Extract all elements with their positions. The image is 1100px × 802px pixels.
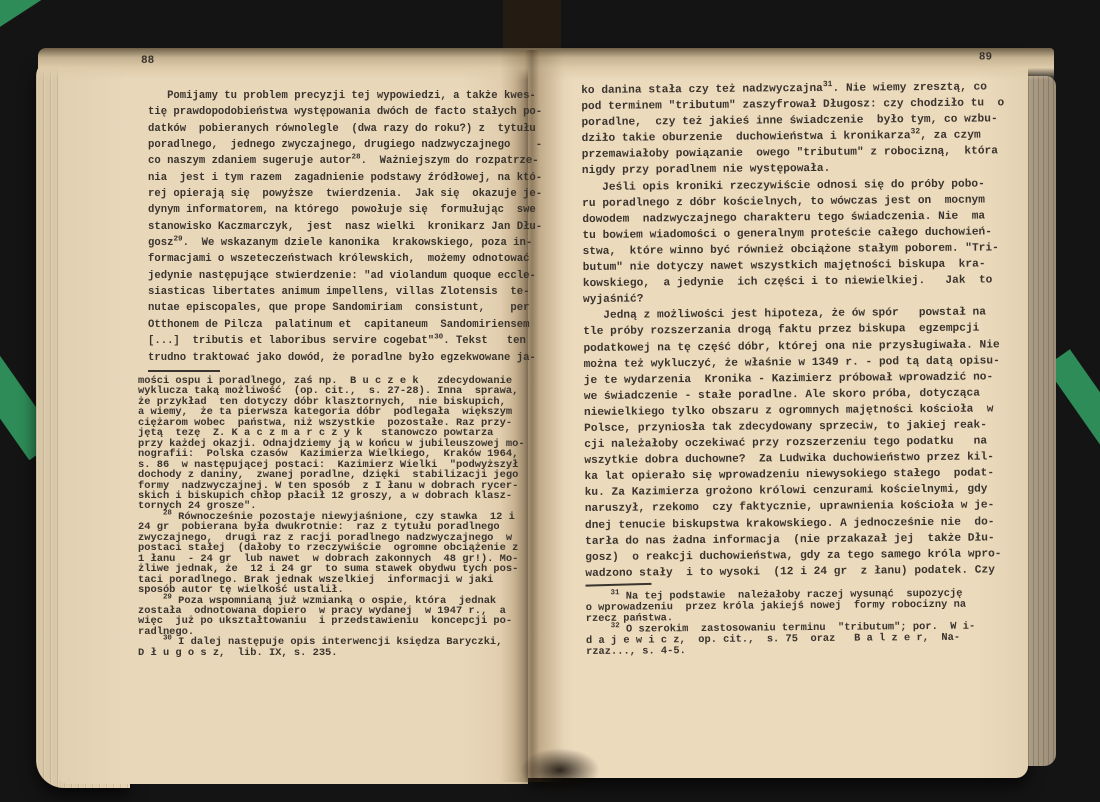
right-page-body-text: ko danina stała czy też nadzwyczajna31. …	[581, 79, 1008, 582]
page-number-right: 89	[979, 51, 992, 63]
scanned-book-spread: 88 Pomijamy tu problem precyzji tej wypo…	[0, 0, 1100, 802]
right-page-footnotes: 31 Na tej podstawie należałoby raczej wy…	[586, 589, 976, 658]
right-footnote-rule	[585, 583, 651, 587]
right-page-text-group: 89 ko danina stała czy też nadzwyczajna3…	[0, 0, 1100, 802]
